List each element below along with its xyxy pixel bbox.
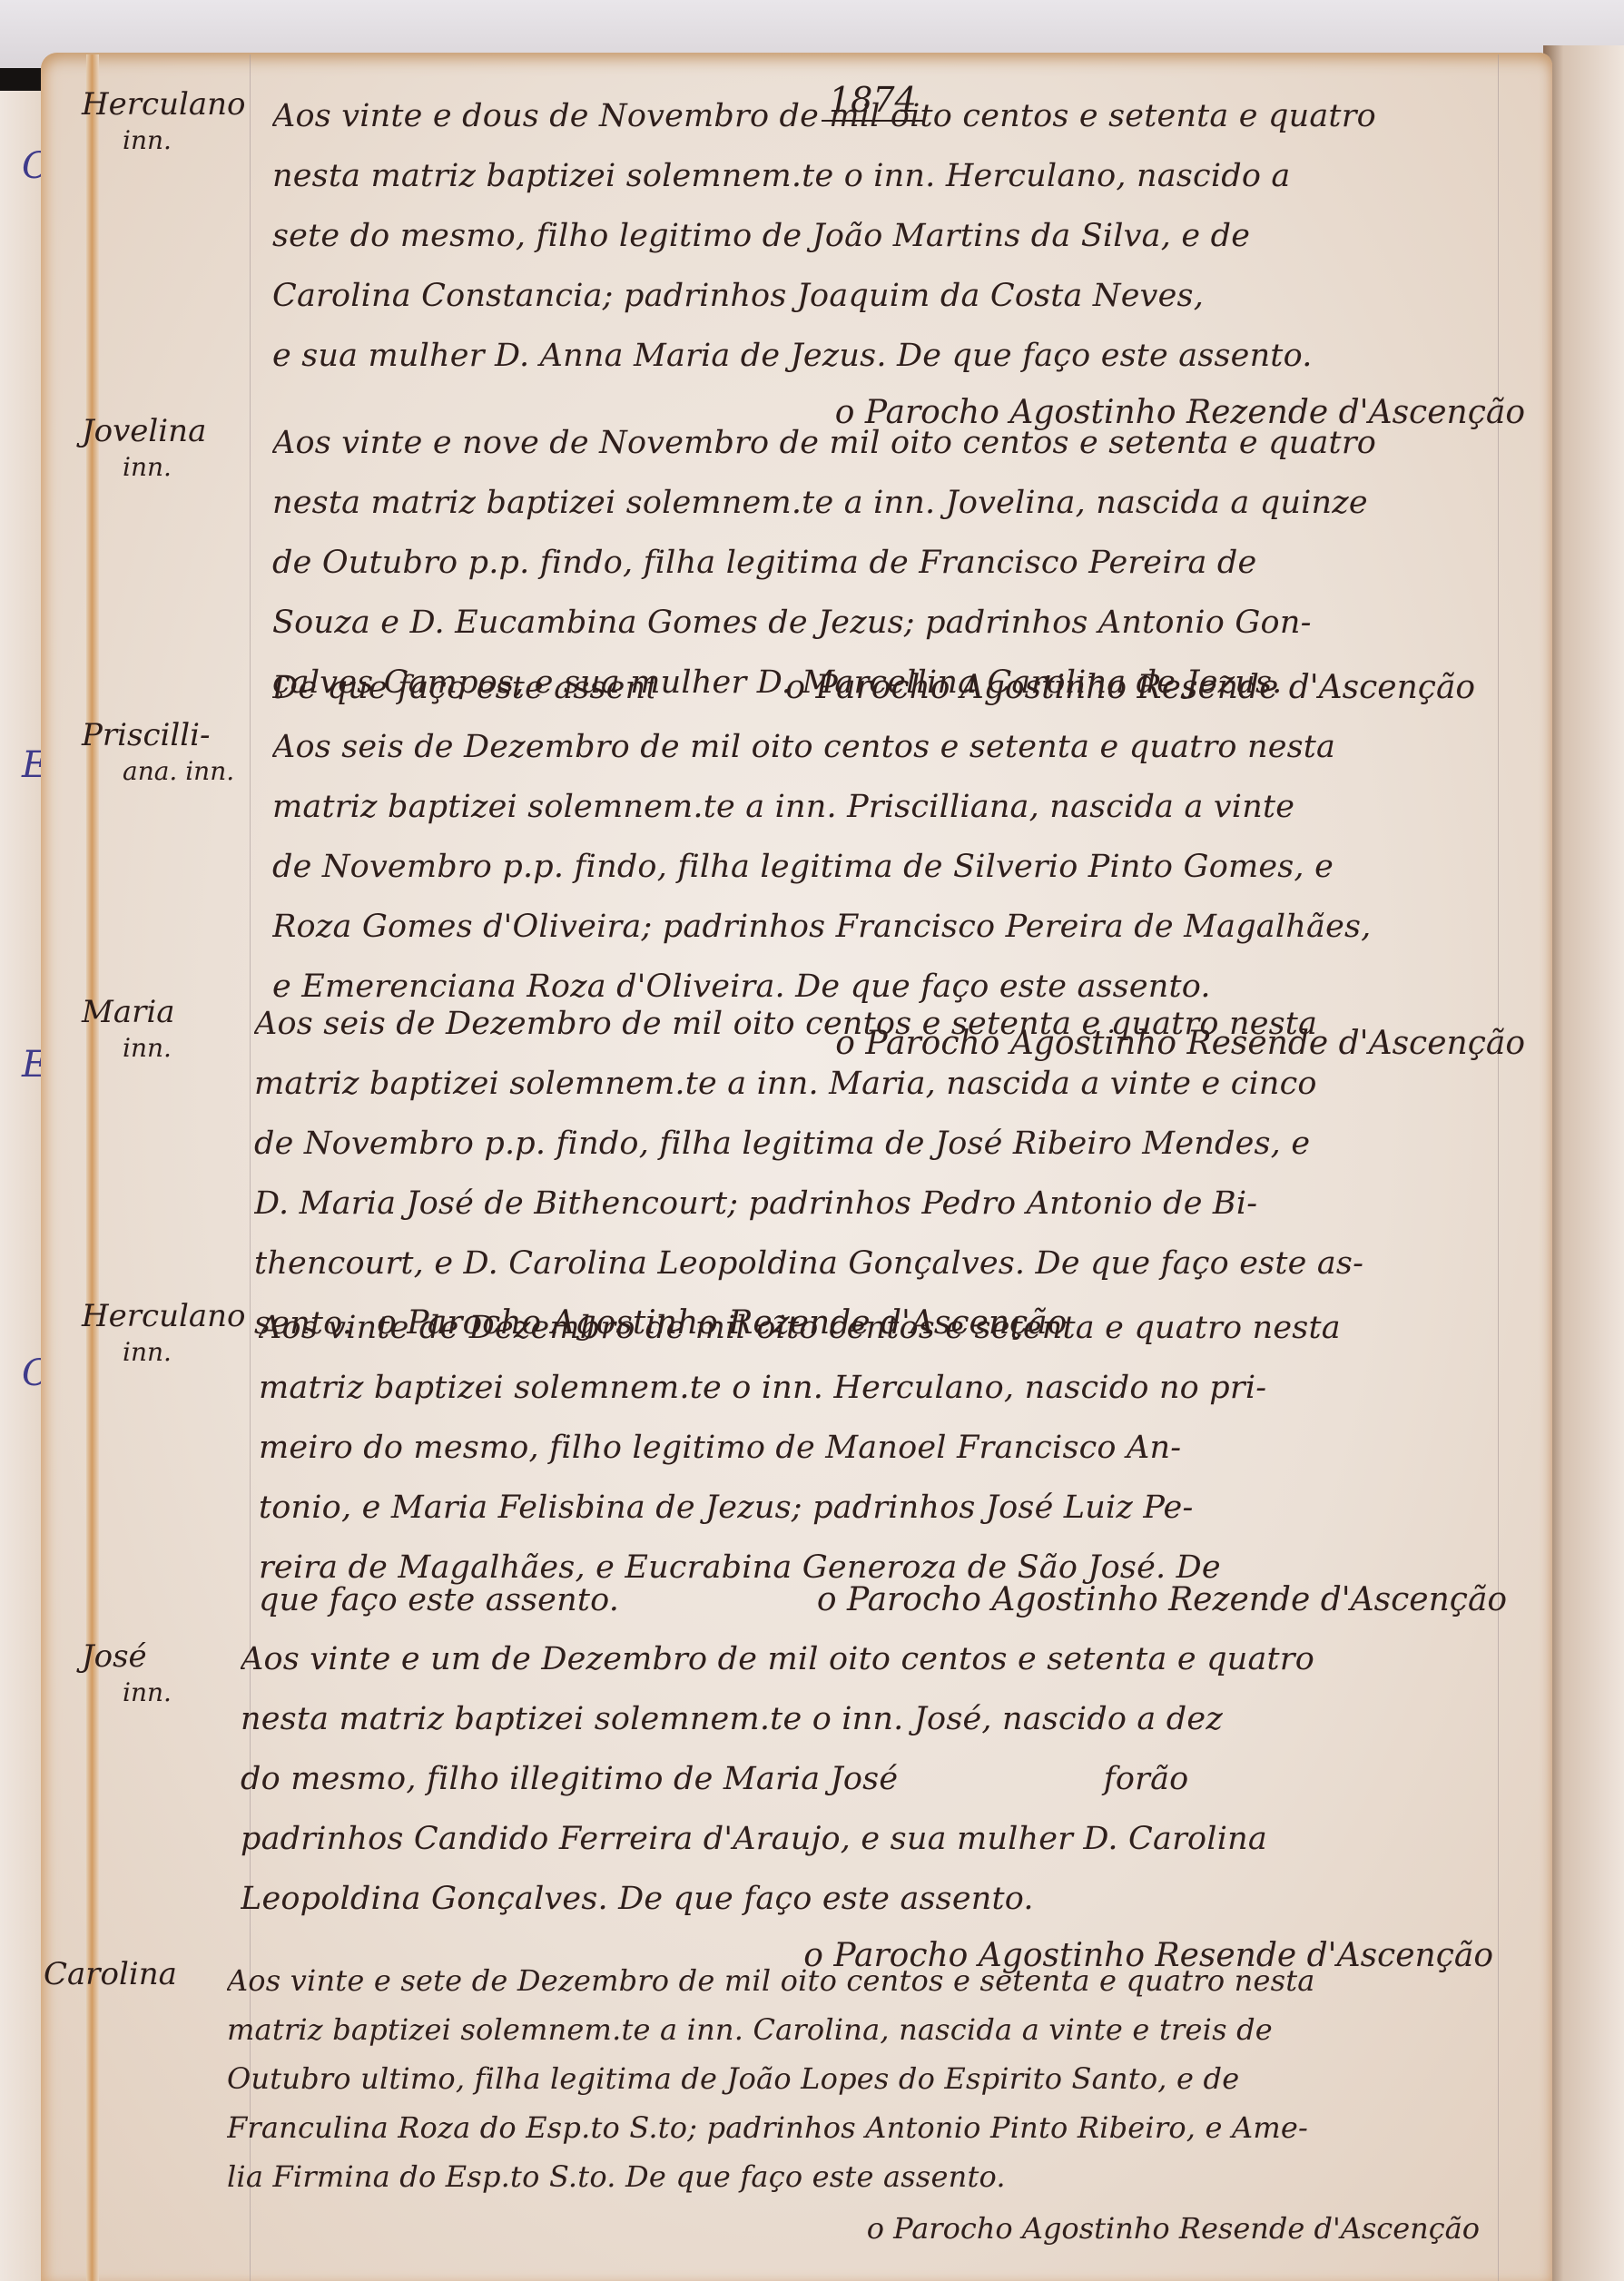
entry-line: lia Firmina do Esp.to S.to. De que faço … (227, 2152, 1516, 2201)
baptized-name: José (82, 1638, 147, 1675)
entry-line: thencourt, e D. Carolina Leopoldina Gonç… (254, 1234, 1543, 1293)
entry-line: sete do mesmo, filho legitimo de João Ma… (272, 206, 1561, 266)
baptized-name: Priscilli- (82, 717, 210, 753)
baptized-name: Maria (82, 994, 174, 1030)
entry-line: Outubro ultimo, filha legitima de João L… (227, 2054, 1516, 2103)
entry-line: de Novembro p.p. findo, filha legitima d… (272, 837, 1561, 897)
entry-line: Aos vinte e nove de Novembro de mil oito… (272, 413, 1561, 473)
entry-line: Aos seis de Dezembro de mil oito centos … (272, 717, 1561, 777)
entry-line: matriz baptizei solemnem.te a inn. Carol… (227, 2005, 1516, 2054)
entry-line: D. Maria José de Bithencourt; padrinhos … (254, 1174, 1543, 1234)
page-fold (86, 54, 99, 2281)
entry-line: que faço este assento. (259, 1570, 685, 1630)
margin-note: inn. (82, 123, 254, 159)
entry-margin-name: Jovelina inn. (82, 413, 254, 486)
margin-note: inn. (82, 449, 254, 486)
entry-line: Aos vinte e sete de Dezembro de mil oito… (227, 1956, 1516, 2005)
entry-line: tonio, e Maria Felisbina de Jezus; padri… (259, 1478, 1548, 1538)
margin-note: ana. inn. (82, 753, 254, 790)
entry-line: Franculina Roza do Esp.to S.to; padrinho… (227, 2103, 1516, 2152)
baptized-name: Jovelina (82, 413, 206, 449)
entry-line: De que faço este assento. (272, 658, 654, 718)
entry-line: Aos seis de Dezembro de mil oito centos … (254, 994, 1543, 1054)
entry-line: nesta matriz baptizei solemnem.te o inn.… (241, 1689, 1530, 1749)
parish-priest-signature: o Parocho Agostinho Rezende d'Ascenção (690, 1570, 1543, 1630)
entry-line: de Novembro p.p. findo, filha legitima d… (254, 1114, 1543, 1174)
entry-line: do mesmo, filho illegitimo de Maria José… (241, 1749, 1530, 1809)
entry-line: nesta matriz baptizei solemnem.te o inn.… (272, 146, 1561, 206)
baptized-name: Carolina (44, 1956, 177, 1992)
entry-text: Aos vinte e um de Dezembro de mil oito c… (241, 1629, 1530, 1983)
margin-note: inn. (82, 1675, 254, 1711)
entry-line: padrinhos Candido Ferreira d'Araujo, e s… (241, 1809, 1530, 1869)
baptized-name: Herculano (82, 1298, 245, 1334)
entry-line: nesta matriz baptizei solemnem.te a inn.… (272, 473, 1561, 533)
entry-margin-name: Herculano inn. (82, 1298, 254, 1371)
entry-line: e sua mulher D. Anna Maria de Jezus. De … (272, 326, 1561, 386)
entry-margin-name: Maria inn. (82, 994, 254, 1067)
entry-text: Aos vinte e dous de Novembro de mil oito… (272, 86, 1561, 440)
entry-line: matriz baptizei solemnem.te o inn. Hercu… (259, 1358, 1548, 1418)
entry-line: Aos vinte de Dezembro de mil oito centos… (259, 1298, 1548, 1358)
entry-margin-name: José inn. (82, 1638, 254, 1711)
margin-note: inn. (82, 1030, 254, 1067)
entry-line: Carolina Constancia; padrinhos Joaquim d… (272, 266, 1561, 326)
parish-priest-signature: o Parocho Agostinho Resende d'Ascenção (658, 658, 1511, 718)
baptized-name: Herculano (82, 86, 245, 123)
entry-line: matriz baptizei solemnem.te a inn. Maria… (254, 1054, 1543, 1114)
entry-margin-name: Herculano inn. (82, 86, 254, 159)
entry-text: Aos vinte de Dezembro de mil oito centos… (259, 1298, 1548, 1598)
entry-line: Leopoldina Gonçalves. De que faço este a… (241, 1869, 1530, 1929)
parish-priest-signature: o Parocho Agostinho Resende d'Ascenção (227, 2201, 1516, 2256)
margin-note: inn. (82, 1334, 254, 1371)
entry-line: matriz baptizei solemnem.te a inn. Prisc… (272, 777, 1561, 837)
entry-text: Aos seis de Dezembro de mil oito centos … (254, 994, 1543, 1293)
entry-line: meiro do mesmo, filho legitimo de Manoel… (259, 1418, 1548, 1478)
entry-text: Aos vinte e sete de Dezembro de mil oito… (227, 1956, 1516, 2256)
entry-line: de Outubro p.p. findo, filha legitima de… (272, 533, 1561, 593)
entry-margin-name: Carolina (44, 1956, 216, 1992)
entry-line: Souza e D. Eucambina Gomes de Jezus; pad… (272, 593, 1561, 653)
entry-margin-name: Priscilli- ana. inn. (82, 717, 254, 790)
entry-line: Aos vinte e um de Dezembro de mil oito c… (241, 1629, 1530, 1689)
entry-line: Roza Gomes d'Oliveira; padrinhos Francis… (272, 897, 1561, 957)
entry-line: Aos vinte e dous de Novembro de mil oito… (272, 86, 1561, 146)
